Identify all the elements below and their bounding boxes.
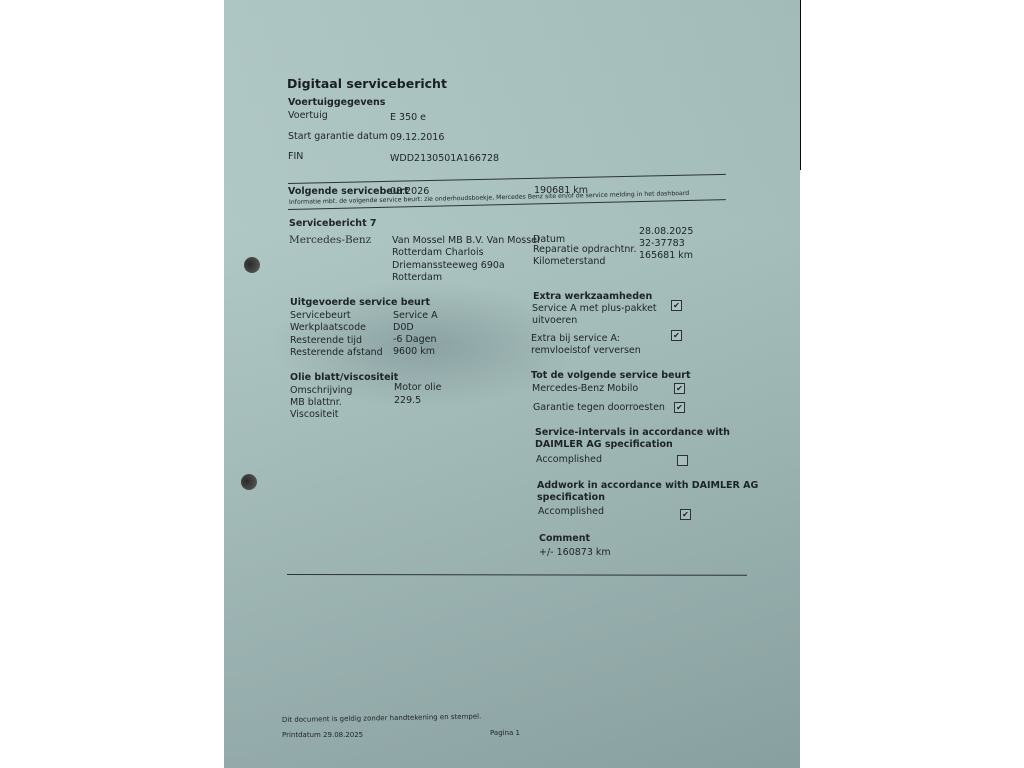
oil-description-value: Motor olie — [394, 382, 441, 394]
mobilo-label: Mercedes-Benz Mobilo — [532, 383, 638, 395]
comment-text: +/- 160873 km — [539, 547, 611, 559]
addwork-checkbox[interactable]: ✔ — [680, 509, 691, 520]
service-intervals-label: Accomplished — [536, 454, 602, 466]
oil-spec-value: 229.5 — [394, 395, 421, 407]
document-photo: Digitaal servicebericht Voertuiggegevens… — [0, 0, 1024, 768]
oil-heading: Olie blatt/viscositeit — [290, 372, 398, 384]
remaining-distance-value: 9600 km — [393, 346, 435, 358]
extra-work-heading: Extra werkzaamheden — [533, 291, 652, 303]
addwork-heading-line: specification — [537, 492, 758, 504]
warranty-start-value: 09.12.2016 — [390, 132, 444, 144]
print-date: Printdatum 29.08.2025 — [282, 731, 363, 740]
extra-work-text: uitvoeren — [532, 315, 657, 327]
extra-work-text: Extra bij service A: — [531, 333, 641, 345]
rust-warranty-checkbox[interactable]: ✔ — [674, 402, 685, 413]
document-title: Digitaal servicebericht — [287, 76, 447, 92]
odometer-value: 165681 km — [639, 250, 693, 262]
service-type-label: Servicebeurt — [290, 310, 351, 322]
repair-order-value: 32-37783 — [639, 238, 685, 250]
viscosity-label: Viscositeit — [290, 409, 338, 421]
addwork-heading: Addwork in accordance with DAIMLER AG sp… — [537, 480, 758, 505]
extra-work-item-2: Extra bij service A: remvloeistof verver… — [531, 333, 641, 358]
dealer-line: Van Mossel MB B.V. Van Mossel — [392, 235, 540, 247]
date-value: 28.08.2025 — [639, 226, 693, 238]
divider-bottom — [287, 574, 747, 576]
mobilo-checkbox[interactable]: ✔ — [674, 383, 685, 394]
addwork-heading-line: Addwork in accordance with DAIMLER AG — [537, 480, 758, 492]
service-intervals-heading: Service-intervals in accordance with DAI… — [535, 427, 730, 452]
fin-label: FIN — [288, 151, 303, 163]
rust-warranty-label: Garantie tegen doorroesten — [533, 402, 665, 414]
dealer-line: Driemanssteeweg 690a — [392, 260, 540, 272]
service-report-heading: Servicebericht 7 — [289, 218, 377, 230]
extra-work-checkbox-1[interactable]: ✔ — [671, 300, 682, 311]
until-next-heading: Tot de volgende service beurt — [531, 370, 691, 382]
page-number: Pagina 1 — [490, 729, 520, 738]
remaining-distance-label: Resterende afstand — [290, 347, 383, 359]
workshop-code-value: D0D — [393, 322, 414, 334]
extra-work-item-1: Service A met plus-pakket uitvoeren — [532, 303, 657, 328]
validity-note: Dit document is geldig zonder handtekeni… — [282, 713, 481, 725]
dealer-line: Rotterdam Charlois — [392, 247, 540, 259]
extra-work-text: Service A met plus-pakket — [532, 303, 657, 315]
punch-hole-top — [244, 257, 260, 273]
addwork-label: Accomplished — [538, 506, 604, 518]
oil-spec-label: MB blattnr. — [290, 397, 342, 409]
service-type-value: Service A — [393, 310, 438, 322]
service-intervals-heading-line: Service-intervals in accordance with — [535, 427, 730, 439]
workshop-code-label: Werkplaatscode — [290, 322, 366, 334]
dealer-line: Rotterdam — [392, 272, 540, 284]
remaining-time-value: -6 Dagen — [393, 334, 437, 346]
performed-service-heading: Uitgevoerde service beurt — [290, 297, 430, 309]
divider-top — [288, 174, 726, 184]
brand-name: Mercedes-Benz — [289, 234, 371, 247]
punch-hole-bottom — [241, 474, 257, 490]
comment-heading: Comment — [539, 533, 590, 545]
repair-order-label: Reparatie opdrachtnr. — [533, 244, 636, 256]
dealer-address: Van Mossel MB B.V. Van Mossel Rotterdam … — [392, 235, 540, 284]
service-report-paper: Digitaal servicebericht Voertuiggegevens… — [224, 0, 800, 768]
vehicle-value: E 350 e — [390, 112, 426, 124]
extra-work-text: remvloeistof verversen — [531, 345, 641, 357]
service-intervals-checkbox[interactable] — [677, 455, 688, 466]
extra-work-checkbox-2[interactable]: ✔ — [671, 330, 682, 341]
vehicle-label: Voertuig — [288, 110, 328, 122]
oil-description-label: Omschrijving — [290, 385, 352, 397]
fin-value: WDD2130501A166728 — [390, 153, 499, 165]
service-intervals-heading-line: DAIMLER AG specification — [535, 439, 730, 451]
warranty-start-label: Start garantie datum — [288, 131, 388, 143]
odometer-label: Kilometerstand — [533, 256, 605, 268]
remaining-time-label: Resterende tijd — [290, 335, 362, 347]
vehicle-section-heading: Voertuiggegevens — [288, 97, 385, 109]
